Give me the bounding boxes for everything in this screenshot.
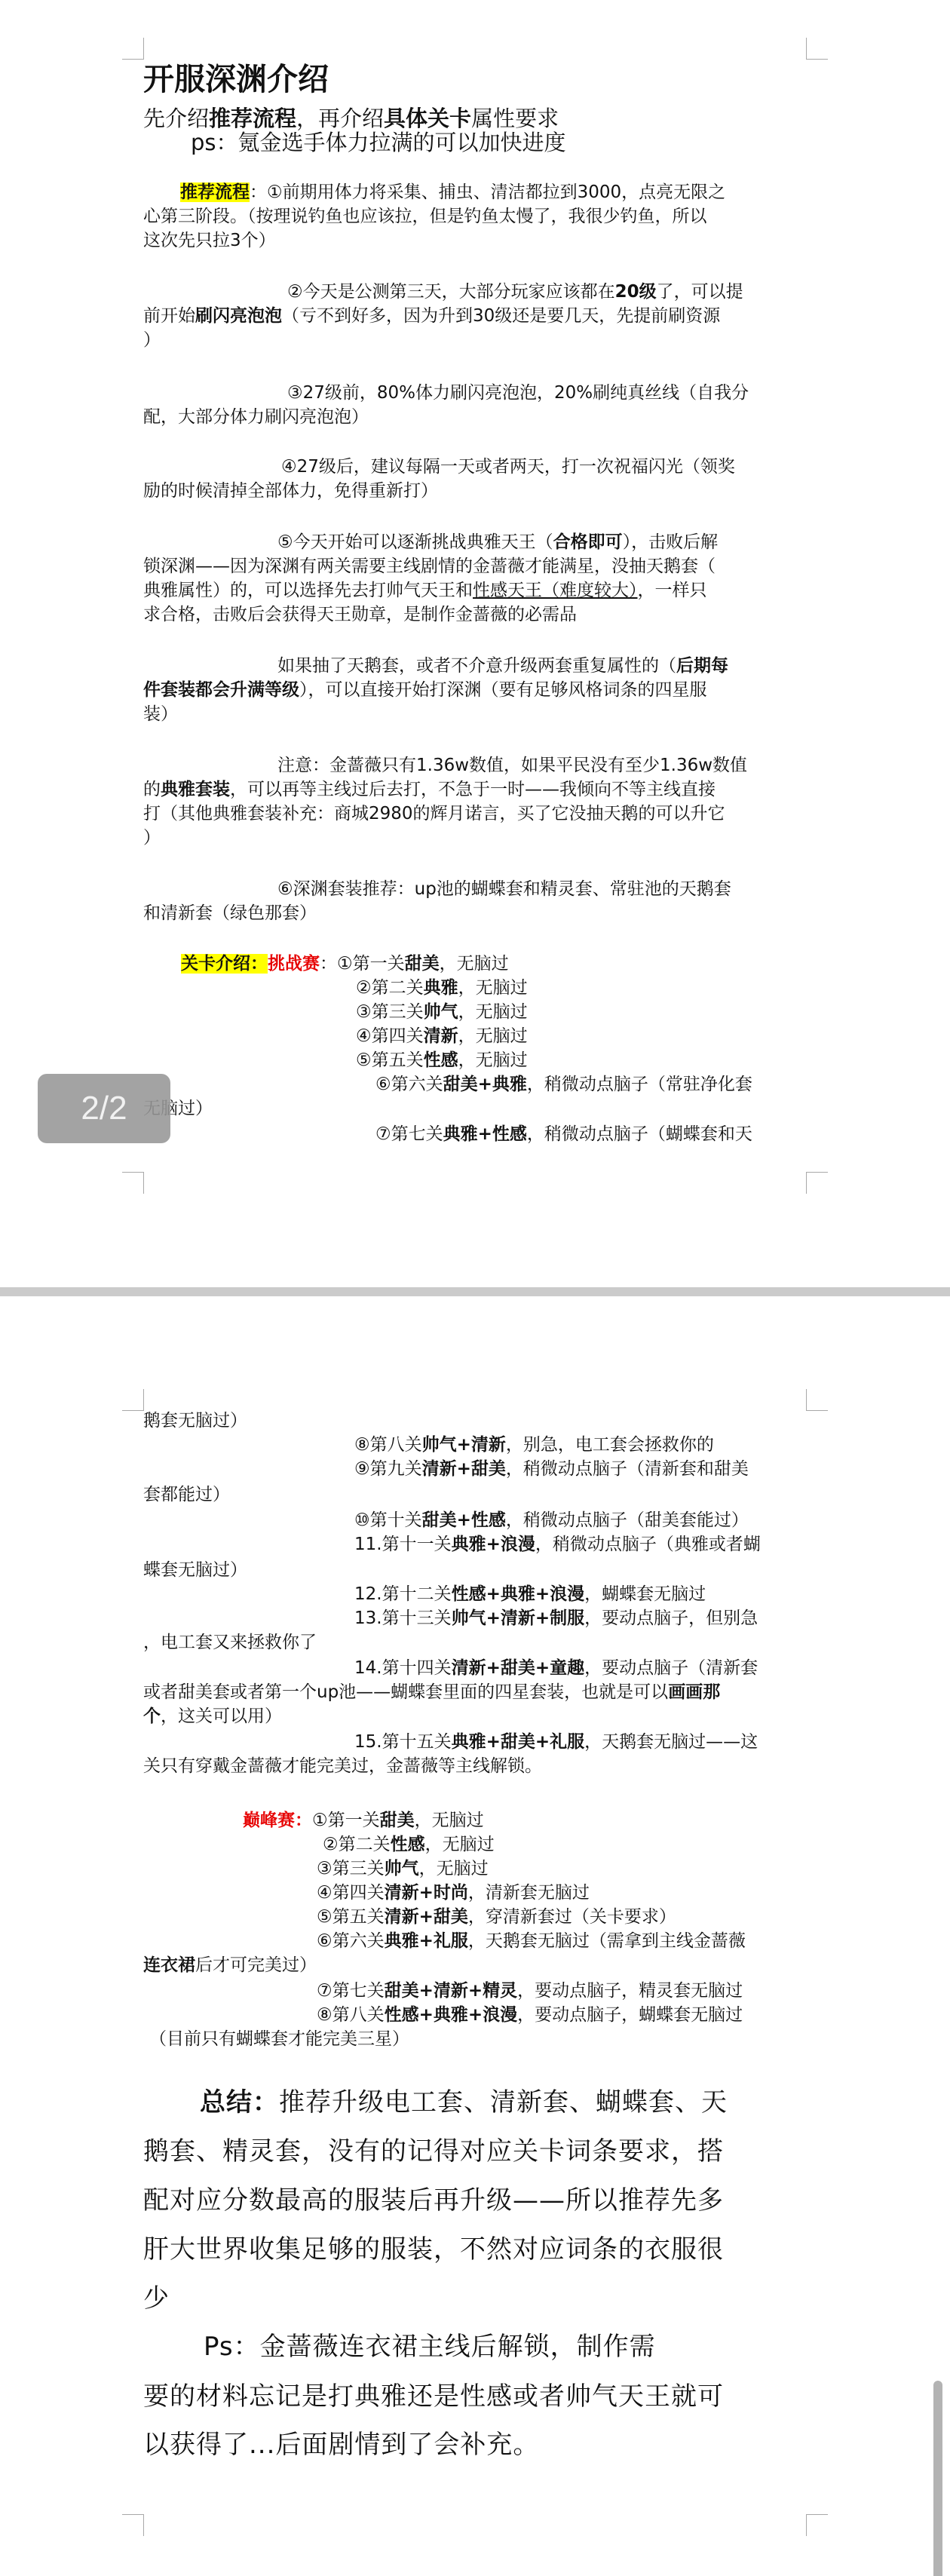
- page-corner-mark: [122, 38, 144, 60]
- flow-p3-line2: 配，大部分体力刷闪亮泡泡）: [143, 406, 807, 428]
- challenge-stage-1: 关卡介绍：挑战赛：①第一关甜美，无脑过: [181, 952, 844, 975]
- peak-stage-4: ④第四关清新+时尚，清新套无脑过: [317, 1881, 950, 1904]
- summary-line2: 鹅套、精灵套，没有的记得对应关卡词条要求，搭: [143, 2135, 807, 2168]
- challenge-stage-14: 14.第十四关清新+甜美+童趣，要动点脑子（清新套: [354, 1657, 950, 1679]
- flow-p7-line4: ）: [143, 826, 807, 849]
- document-page-2: 鹅套无脑过） ⑧第八关帅气+清新，别急，电工套会拯救你的 ⑨第九关清新+甜美，稍…: [0, 1296, 950, 2576]
- page-corner-mark: [806, 2514, 828, 2536]
- flow-p7-line1: 注意：金蔷薇只有1.36w数值，如果平民没有至少1.36w数值: [277, 754, 941, 777]
- flow-p1-line3: 这次先只拉3个）: [143, 229, 807, 252]
- peak-stage-5: ⑤第五关清新+甜美，穿清新套过（关卡要求）: [317, 1906, 950, 1928]
- challenge-label: 挑战赛: [268, 954, 320, 974]
- summary-ps-line3: 以获得了...后面剧情到了会补充。: [143, 2428, 807, 2461]
- flow-p2-line3: ）: [143, 329, 807, 351]
- flow-p7-line2: 的典雅套装，可以再等主线过后去打，不急于一时——我倾向不等主线直接: [143, 778, 807, 801]
- flow-p2-line2: 前开始刷闪亮泡泡（亏不到好多，因为升到30级还是要几天，先提前刷资源: [143, 305, 807, 327]
- challenge-stage-5: ⑤第五关性感，无脑过: [356, 1049, 950, 1072]
- peak-stage-3: ③第三关帅气，无脑过: [317, 1857, 950, 1880]
- challenge-stage-13: 13.第十三关帅气+清新+制服，要动点脑子，但别急: [354, 1607, 950, 1630]
- challenge-stage-6: ⑥第六关甜美+典雅，稍微动点脑子（常驻净化套: [375, 1073, 950, 1096]
- challenge-stage-8: ⑧第八关帅气+清新，别急，电工套会拯救你的: [354, 1434, 950, 1456]
- challenge-stage-15: 15.第十五关典雅+甜美+礼服，天鹅套无脑过——这: [354, 1731, 950, 1753]
- flow-p1-line1: 推荐流程：①前期用体力将采集、捕虫、清洁都拉到3000，点亮无限之: [180, 181, 844, 204]
- summary-ps-line1: Ps：金蔷薇连衣裙主线后解锁，制作需: [204, 2330, 867, 2363]
- summary-label: 总结：: [200, 2087, 279, 2118]
- summary-line1: 总结：推荐升级电工套、清新套、蝴蝶套、天: [200, 2086, 863, 2119]
- flow-p5-line2: 锁深渊——因为深渊有两关需要主线剧情的金蔷薇才能满星，没抽天鹅套（: [143, 555, 807, 578]
- peak-stage-2: ②第二关性感，无脑过: [323, 1833, 950, 1856]
- vertical-scrollbar[interactable]: [933, 2381, 942, 2576]
- challenge-stage-9: ⑨第九关清新+甜美，稍微动点脑子（清新套和甜美: [354, 1458, 950, 1480]
- peak-label: 巅峰赛：: [243, 1811, 312, 1830]
- challenge-stage-3: ③第三关帅气，无脑过: [356, 1001, 950, 1023]
- flow-p1-line2: 心第三阶段。（按理说钓鱼也应该拉，但是钓鱼太慢了，我很少钓鱼，所以: [143, 205, 807, 228]
- page-indicator: 2/2: [38, 1074, 170, 1143]
- page-corner-mark: [806, 38, 828, 60]
- challenge-stage-13-wrap: ，电工套又来拯救你了: [143, 1631, 807, 1654]
- challenge-stage-7: ⑦第七关典雅+性感，稍微动点脑子（蝴蝶套和天: [375, 1123, 950, 1145]
- page-corner-mark: [806, 1172, 828, 1194]
- summary-line3: 配对应分数最高的服装后再升级——所以推荐先多: [143, 2184, 807, 2217]
- flow-p2-line1: ②今天是公测第三天，大部分玩家应该都在20级了，可以提: [287, 281, 950, 303]
- flow-p3-line1: ③27级前，80%体力刷闪亮泡泡，20%刷纯真丝线（自我分: [287, 382, 950, 404]
- flow-p5-line1: ⑤今天开始可以逐渐挑战典雅天王（合格即可），击败后解: [277, 531, 941, 554]
- peak-stage-8: ⑧第八关性感+典雅+浪漫，要动点脑子，蝴蝶套无脑过: [317, 2004, 950, 2026]
- flow-p7-line3: 打（其他典雅套装补充：商城2980的辉月诺言，买了它没抽天鹅的可以升它: [143, 802, 807, 825]
- page-corner-mark: [122, 2514, 144, 2536]
- peak-stage-8-wrap: （目前只有蝴蝶套才能完美三星）: [149, 2028, 813, 2050]
- page-corner-mark: [806, 1389, 828, 1411]
- peak-stage-6: ⑥第六关典雅+礼服，天鹅套无脑过（需拿到主线金蔷薇: [317, 1930, 950, 1952]
- challenge-stage-14-wrap2: 个，这关可以用）: [143, 1705, 807, 1728]
- page-corner-mark: [122, 1172, 144, 1194]
- peak-stage-1: 巅峰赛：①第一关甜美，无脑过: [243, 1809, 906, 1832]
- flow-p5-line4: 求合格，击败后会获得天王勋章，是制作金蔷薇的必需品: [143, 603, 807, 626]
- flow-p6-line2: 件套装都会升满等级），可以直接开始打深渊（要有足够风格词条的四星服: [143, 679, 807, 701]
- flow-p6-line3: 装）: [143, 703, 807, 725]
- challenge-stage-15-wrap: 关只有穿戴金蔷薇才能完美过，金蔷薇等主线解锁。: [143, 1755, 807, 1777]
- challenge-stage-6-wrap: 无脑过）: [143, 1097, 807, 1120]
- flow-p5-line3: 典雅属性）的，可以选择先去打帅气天王和性感天王（难度较大），一样只: [143, 579, 807, 602]
- page-separator: [0, 1287, 950, 1296]
- challenge-stage-2: ②第二关典雅，无脑过: [356, 977, 950, 999]
- challenge-stage-10: ⑩第十关甜美+性感，稍微动点脑子（甜美套能过）: [354, 1509, 950, 1532]
- summary-line5: 少: [143, 2282, 807, 2315]
- summary-line4: 肝大世界收集足够的服装，不然对应词条的衣服很: [143, 2233, 807, 2266]
- flow-label: 推荐流程: [180, 182, 250, 202]
- flow-p6-line1: 如果抽了天鹅套，或者不介意升级两套重复属性的（后期每: [277, 655, 941, 677]
- challenge-stage-11-wrap: 蝶套无脑过）: [143, 1559, 807, 1581]
- challenge-stage-7-wrap: 鹅套无脑过）: [143, 1409, 807, 1432]
- challenge-stage-14-wrap: 或者甜美套或者第一个up池——蝴蝶套里面的四星套装，也就是可以画画那: [143, 1681, 807, 1704]
- challenge-stage-4: ④第四关清新，无脑过: [356, 1025, 950, 1047]
- peak-stage-7: ⑦第七关甜美+清新+精灵，要动点脑子，精灵套无脑过: [317, 1980, 950, 2002]
- document-subtitle: 先介绍推荐流程，再介绍具体关卡属性要求: [143, 106, 807, 131]
- ps-line: ps：氪金选手体力拉满的可以加快进度: [191, 130, 854, 155]
- flow-p4-line1: ④27级后，建议每隔一天或者两天，打一次祝福闪光（领奖: [281, 455, 945, 478]
- flow-p8-line2: 和清新套（绿色那套）: [143, 902, 807, 925]
- document-title: 开服深渊介绍: [143, 60, 807, 98]
- challenge-stage-12: 12.第十二关性感+典雅+浪漫，蝴蝶套无脑过: [354, 1583, 950, 1605]
- summary-ps-line2: 要的材料忘记是打典雅还是性感或者帅气天王就可: [143, 2380, 807, 2413]
- page-corner-mark: [122, 1389, 144, 1411]
- peak-stage-6-wrap: 连衣裙后才可完美过）: [143, 1954, 807, 1976]
- challenge-stage-9-wrap: 套都能过）: [143, 1483, 807, 1506]
- flow-p4-line2: 励的时候清掉全部体力，免得重新打）: [143, 480, 807, 502]
- challenge-stage-11: 11.第十一关典雅+浪漫，稍微动点脑子（典雅或者蝴: [354, 1533, 950, 1556]
- stages-label: 关卡介绍：: [181, 954, 268, 974]
- flow-p8-line1: ⑥深渊套装推荐：up池的蝴蝶套和精灵套、常驻池的天鹅套: [277, 878, 941, 900]
